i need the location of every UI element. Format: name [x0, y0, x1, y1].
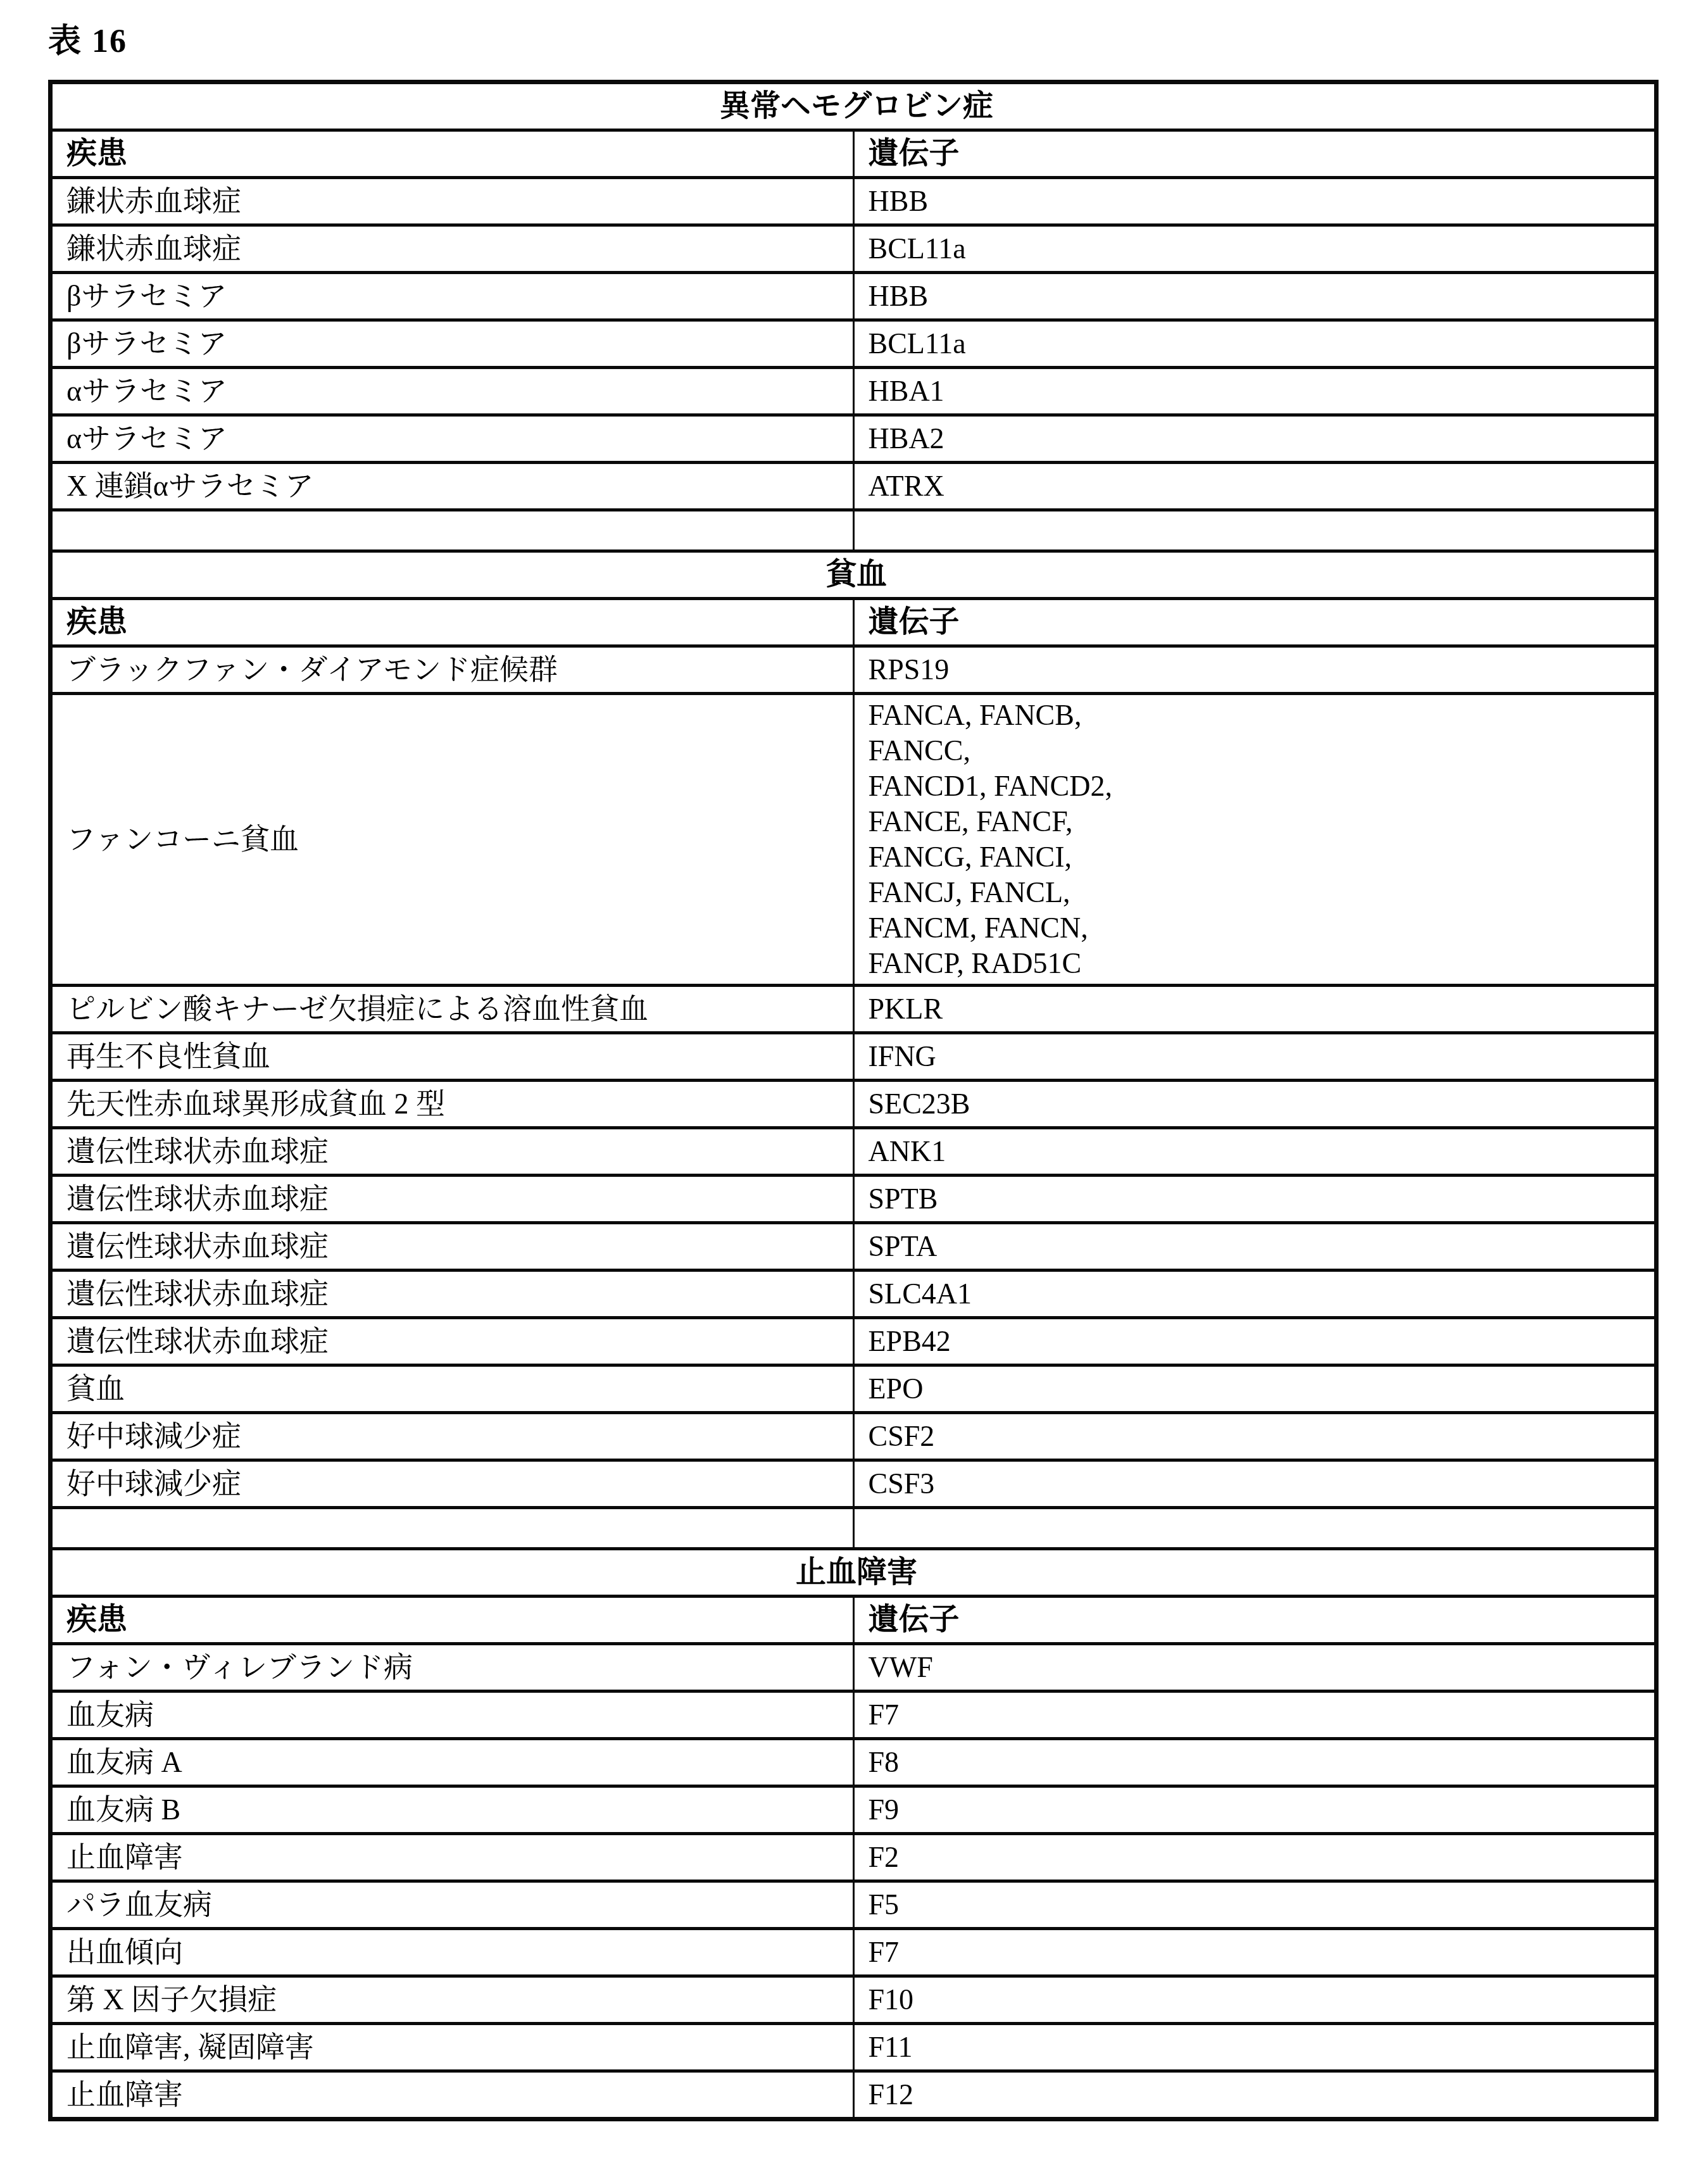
gene-cell: F8 [853, 1739, 1657, 1786]
table-row: ブラックファン・ダイアモンド症候群RPS19 [51, 646, 1657, 694]
gene-cell: HBB [853, 273, 1657, 320]
gene-cell: F10 [853, 1976, 1657, 2024]
disease-cell: ファンコーニ貧血 [51, 694, 854, 986]
gene-cell: SPTA [853, 1223, 1657, 1271]
gene-cell: BCL11a [853, 225, 1657, 273]
disease-cell: ピルビン酸キナーゼ欠損症による溶血性貧血 [51, 986, 854, 1033]
table-row: 好中球減少症CSF2 [51, 1413, 1657, 1460]
gene-cell: F9 [853, 1786, 1657, 1834]
gene-cell: HBA1 [853, 368, 1657, 415]
gene-column-header: 遺伝子 [853, 599, 1657, 646]
table-row: 止血障害, 凝固障害F11 [51, 2024, 1657, 2071]
disease-cell: 血友病 [51, 1691, 854, 1739]
gene-cell: IFNG [853, 1033, 1657, 1081]
section-header-row: 異常ヘモグロビン症 [51, 82, 1657, 130]
gene-cell: F12 [853, 2071, 1657, 2119]
table-row: 止血障害F2 [51, 1834, 1657, 1881]
gene-cell: CSF2 [853, 1413, 1657, 1460]
gene-cell: F11 [853, 2024, 1657, 2071]
section-title: 異常ヘモグロビン症 [51, 82, 1657, 130]
table-row: 先天性赤血球異形成貧血 2 型SEC23B [51, 1081, 1657, 1128]
table-row: X 連鎖αサラセミアATRX [51, 463, 1657, 510]
disease-cell: 止血障害 [51, 2071, 854, 2119]
spacer-row [51, 510, 1657, 551]
gene-column-header: 遺伝子 [853, 1597, 1657, 1644]
section-title: 止血障害 [51, 1549, 1657, 1597]
disease-column-header: 疾患 [51, 1597, 854, 1644]
diseases-genes-table: 異常ヘモグロビン症疾患遺伝子鎌状赤血球症HBB鎌状赤血球症BCL11aβサラセミ… [48, 80, 1659, 2121]
empty-gene-cell [853, 510, 1657, 551]
disease-column-header: 疾患 [51, 130, 854, 178]
gene-cell: VWF [853, 1644, 1657, 1691]
table-row: フォン・ヴィレブランド病VWF [51, 1644, 1657, 1691]
table-caption: 表 16 [48, 14, 127, 61]
table-row: 好中球減少症CSF3 [51, 1460, 1657, 1508]
disease-cell: αサラセミア [51, 415, 854, 463]
gene-cell: SEC23B [853, 1081, 1657, 1128]
disease-cell: X 連鎖αサラセミア [51, 463, 854, 510]
table-row: αサラセミアHBA2 [51, 415, 1657, 463]
table-row: ピルビン酸キナーゼ欠損症による溶血性貧血PKLR [51, 986, 1657, 1033]
gene-cell: F7 [853, 1691, 1657, 1739]
gene-cell: ATRX [853, 463, 1657, 510]
disease-cell: 好中球減少症 [51, 1413, 854, 1460]
table-row: パラ血友病F5 [51, 1881, 1657, 1929]
empty-gene-cell [853, 1508, 1657, 1549]
section-header-row: 貧血 [51, 551, 1657, 599]
gene-cell: SPTB [853, 1176, 1657, 1223]
table-row: 遺伝性球状赤血球症SPTB [51, 1176, 1657, 1223]
table-row: 貧血EPO [51, 1365, 1657, 1413]
column-header-row: 疾患遺伝子 [51, 130, 1657, 178]
disease-cell: 止血障害 [51, 1834, 854, 1881]
disease-cell: 先天性赤血球異形成貧血 2 型 [51, 1081, 854, 1128]
gene-cell: F5 [853, 1881, 1657, 1929]
gene-cell: PKLR [853, 986, 1657, 1033]
disease-cell: パラ血友病 [51, 1881, 854, 1929]
table-row: 出血傾向F7 [51, 1929, 1657, 1976]
empty-disease-cell [51, 1508, 854, 1549]
table-row: 血友病 BF9 [51, 1786, 1657, 1834]
disease-cell: 貧血 [51, 1365, 854, 1413]
table-row: βサラセミアHBB [51, 273, 1657, 320]
disease-cell: 遺伝性球状赤血球症 [51, 1271, 854, 1318]
gene-cell: ANK1 [853, 1128, 1657, 1176]
disease-cell: αサラセミア [51, 368, 854, 415]
document-page: 表 16 異常ヘモグロビン症疾患遺伝子鎌状赤血球症HBB鎌状赤血球症BCL11a… [0, 0, 1694, 2184]
disease-cell: 第 X 因子欠損症 [51, 1976, 854, 2024]
disease-cell: 鎌状赤血球症 [51, 178, 854, 225]
empty-disease-cell [51, 510, 854, 551]
disease-cell: 遺伝性球状赤血球症 [51, 1128, 854, 1176]
disease-cell: 鎌状赤血球症 [51, 225, 854, 273]
table-row: 血友病F7 [51, 1691, 1657, 1739]
gene-cell: FANCA, FANCB, FANCC, FANCD1, FANCD2, FAN… [853, 694, 1657, 986]
spacer-row [51, 1508, 1657, 1549]
table-row: 鎌状赤血球症BCL11a [51, 225, 1657, 273]
disease-cell: βサラセミア [51, 320, 854, 368]
table-row: 第 X 因子欠損症F10 [51, 1976, 1657, 2024]
disease-cell: 遺伝性球状赤血球症 [51, 1223, 854, 1271]
table-row: 血友病 AF8 [51, 1739, 1657, 1786]
table-row: 遺伝性球状赤血球症ANK1 [51, 1128, 1657, 1176]
table-row: 鎌状赤血球症HBB [51, 178, 1657, 225]
disease-column-header: 疾患 [51, 599, 854, 646]
disease-cell: βサラセミア [51, 273, 854, 320]
table-row: 遺伝性球状赤血球症EPB42 [51, 1318, 1657, 1365]
gene-cell: RPS19 [853, 646, 1657, 694]
gene-column-header: 遺伝子 [853, 130, 1657, 178]
section-title: 貧血 [51, 551, 1657, 599]
table-row: 遺伝性球状赤血球症SPTA [51, 1223, 1657, 1271]
disease-cell: 血友病 A [51, 1739, 854, 1786]
disease-cell: 遺伝性球状赤血球症 [51, 1318, 854, 1365]
table-row: αサラセミアHBA1 [51, 368, 1657, 415]
disease-cell: 血友病 B [51, 1786, 854, 1834]
column-header-row: 疾患遺伝子 [51, 599, 1657, 646]
gene-cell: HBA2 [853, 415, 1657, 463]
gene-cell: BCL11a [853, 320, 1657, 368]
disease-cell: 再生不良性貧血 [51, 1033, 854, 1081]
table-row: 遺伝性球状赤血球症SLC4A1 [51, 1271, 1657, 1318]
gene-cell: HBB [853, 178, 1657, 225]
gene-cell: EPO [853, 1365, 1657, 1413]
disease-cell: 好中球減少症 [51, 1460, 854, 1508]
disease-cell: ブラックファン・ダイアモンド症候群 [51, 646, 854, 694]
gene-cell: EPB42 [853, 1318, 1657, 1365]
gene-cell: F2 [853, 1834, 1657, 1881]
section-header-row: 止血障害 [51, 1549, 1657, 1597]
table-row: 再生不良性貧血IFNG [51, 1033, 1657, 1081]
disease-cell: 遺伝性球状赤血球症 [51, 1176, 854, 1223]
table-row: ファンコーニ貧血FANCA, FANCB, FANCC, FANCD1, FAN… [51, 694, 1657, 986]
table-row: βサラセミアBCL11a [51, 320, 1657, 368]
gene-cell: SLC4A1 [853, 1271, 1657, 1318]
disease-cell: 止血障害, 凝固障害 [51, 2024, 854, 2071]
disease-cell: フォン・ヴィレブランド病 [51, 1644, 854, 1691]
gene-cell: CSF3 [853, 1460, 1657, 1508]
gene-cell: F7 [853, 1929, 1657, 1976]
disease-cell: 出血傾向 [51, 1929, 854, 1976]
column-header-row: 疾患遺伝子 [51, 1597, 1657, 1644]
table-row: 止血障害F12 [51, 2071, 1657, 2119]
